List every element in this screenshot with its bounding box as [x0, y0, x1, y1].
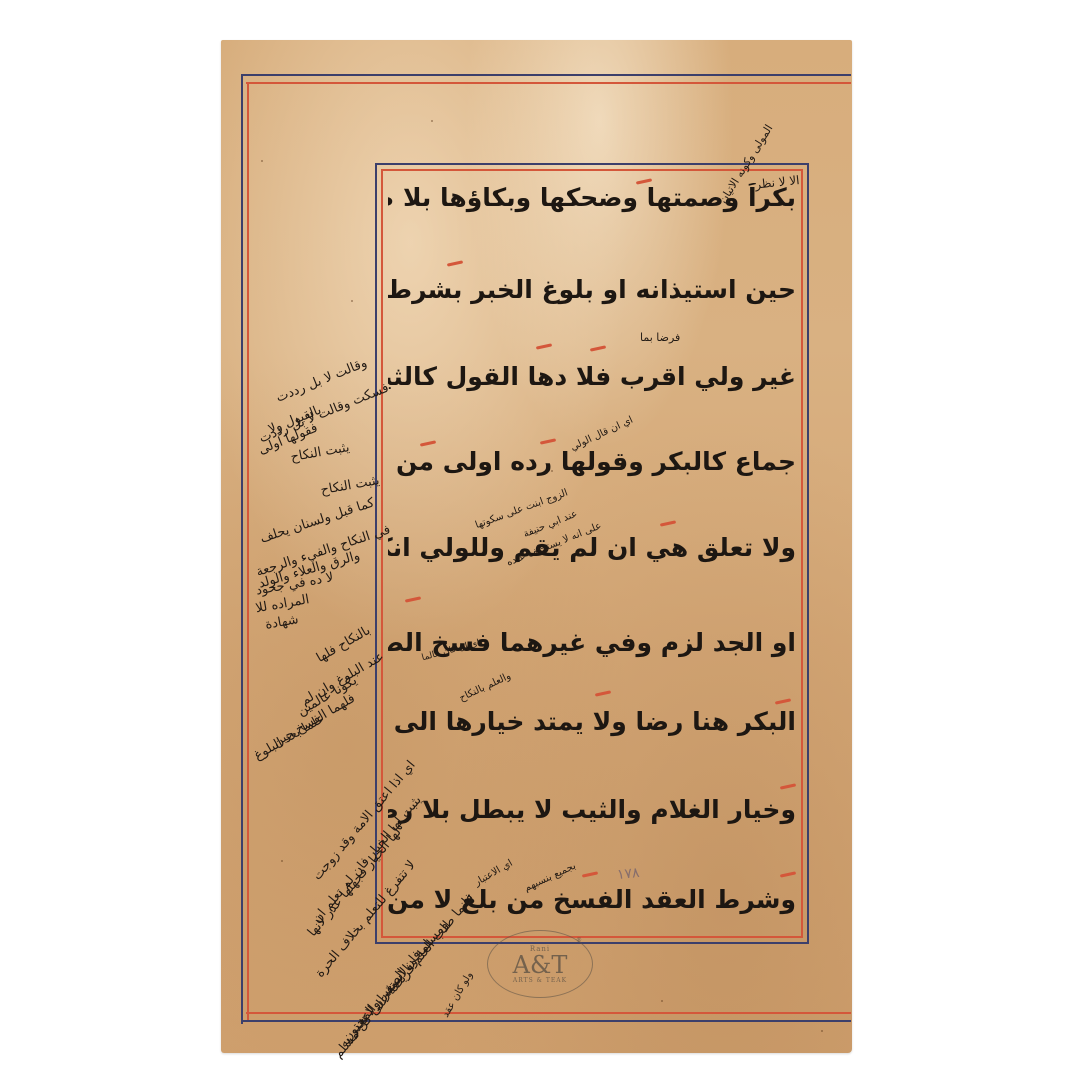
outer-frame-left-blue: [241, 74, 243, 1024]
main-text-line: حين استيذانه او بلوغ الخبر بشرط تسمية ال…: [388, 275, 796, 305]
main-text-line: وخيار الغلام والثيب لا يبطل بلا رضا صريح…: [388, 795, 796, 825]
stamp-monogram: A&T: [513, 953, 568, 977]
inner-frame-right-red: [801, 169, 803, 937]
interlinear-gloss: فرضا بما: [640, 330, 680, 346]
inner-frame-left-red: [381, 169, 383, 937]
inner-frame-left-blue: [375, 163, 377, 943]
main-text-line: جماع كالبكر وقولها رده اولى من قوله سكتت…: [388, 447, 796, 477]
folio-number: ١٧٨: [616, 865, 640, 883]
main-text-line: غير ولي اقرب فلا دها القول كالثيب والزائ…: [388, 362, 796, 392]
stamp-bottom-text: ARTS & TEAK: [513, 977, 567, 984]
main-text-line: البكر هنا رضا ولا يمتد خيارها الى آخر ال…: [388, 707, 796, 737]
inner-frame-right-blue: [807, 163, 809, 943]
outer-frame-left-red: [247, 82, 249, 1022]
registered-mark: ®: [576, 937, 582, 944]
collection-stamp: ® Rani A&T ARTS & TEAK: [487, 930, 593, 998]
